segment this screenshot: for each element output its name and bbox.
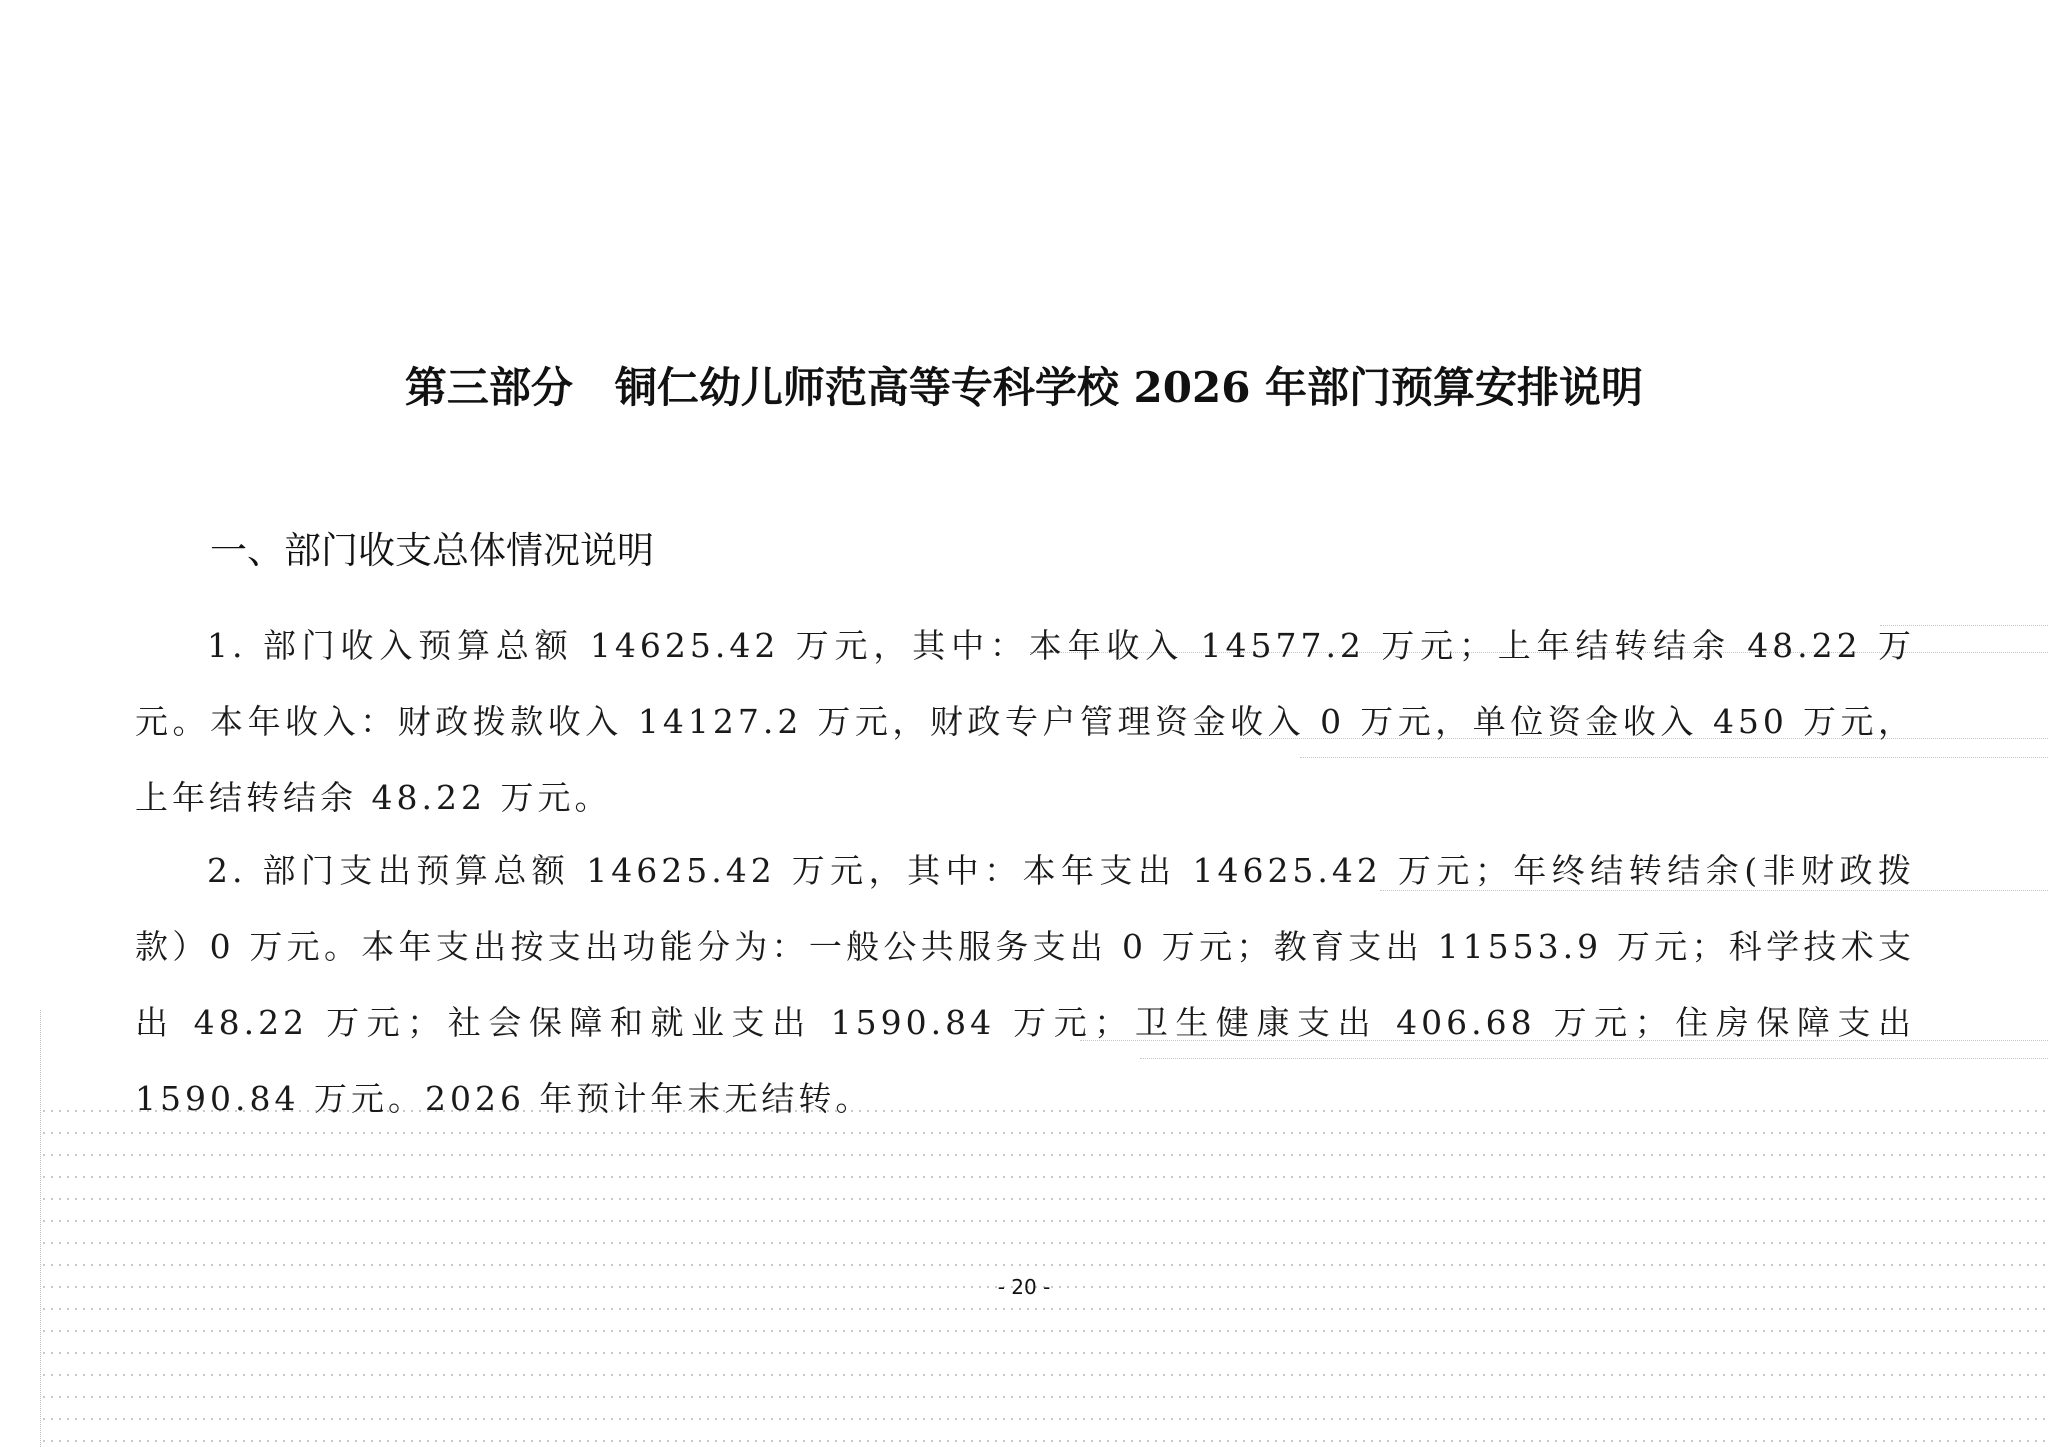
document-title: 第三部分 铜仁幼儿师范高等专科学校 2026 年部门预算安排说明 [0,355,2048,415]
scan-artifact-dotted-lines [40,1100,2048,1447]
section-heading: 一、部门收支总体情况说明 [210,520,654,574]
page-number: - 20 - [0,1275,2048,1299]
document-page: 第三部分 铜仁幼儿师范高等专科学校 2026 年部门预算安排说明 一、部门收支总… [0,0,2048,1447]
paragraph-income-summary: 1. 部门收入预算总额 14625.42 万元，其中：本年收入 14577.2 … [135,608,1915,836]
paragraph-expenditure-summary: 2. 部门支出预算总额 14625.42 万元，其中：本年支出 14625.42… [135,833,1915,1137]
scan-artifact-left-rail [40,1010,43,1447]
